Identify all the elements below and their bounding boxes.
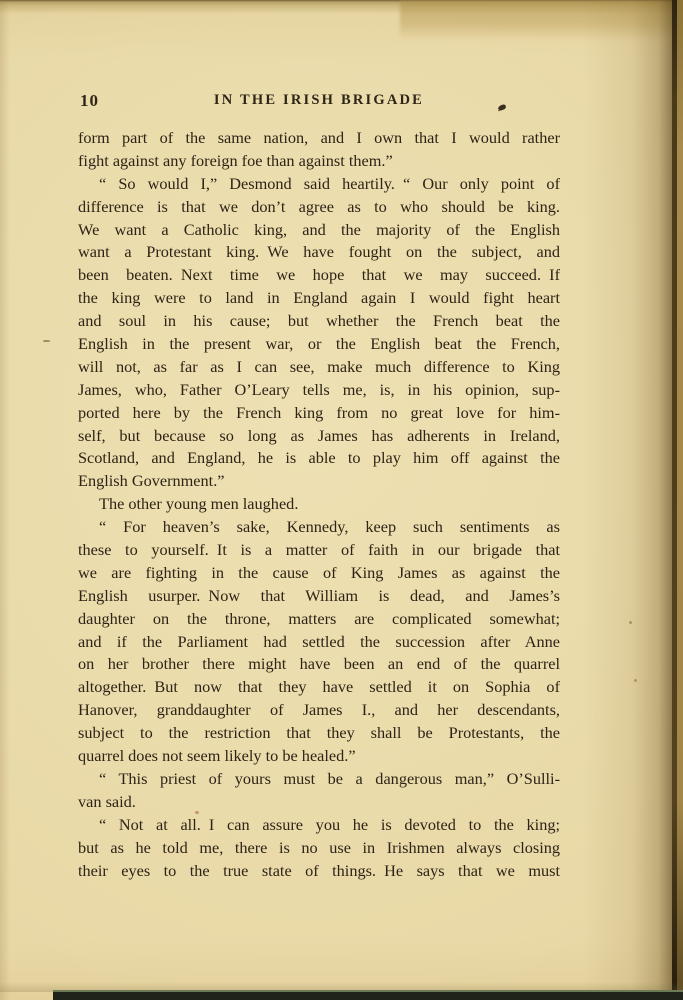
text-line: “ So would I,” Desmond said heartily. “ … [78,173,560,196]
text-line: English in the present war, or the Engli… [78,333,560,356]
page-edge-outer [677,0,683,1000]
text-line: on her brother there might have been an … [78,653,560,676]
text-line: we are fighting in the cause of King Jam… [78,562,560,585]
scan-speck [43,340,50,342]
text-line: will not, as far as I can see, make much… [78,356,560,379]
bottom-scan-edge [53,990,683,1000]
text-line: van said. [78,791,560,814]
page-header: 10 IN THE IRISH BRIGADE [78,91,560,111]
text-line: subject to the restriction that they sha… [78,722,560,745]
text-line: fight against any foreign foe than again… [78,150,560,173]
text-line: English usurper. Now that William is dea… [78,585,560,608]
paragraph: The other young men laughed. [78,493,560,516]
text-line: want a Protestant king. We have fought o… [78,241,560,264]
running-title: IN THE IRISH BRIGADE [78,92,560,109]
page-curve-shadow [582,0,672,1000]
text-line: Hanover, granddaughter of James I., and … [78,699,560,722]
text-line: and soul in his cause; but whether the F… [78,310,560,333]
text-line: self, but because so long as James has a… [78,425,560,448]
text-line: English Government.” [78,470,560,493]
text-line: We want a Catholic king, and the majorit… [78,219,560,242]
text-line: the king were to land in England again I… [78,287,560,310]
text-line: altogether. But now that they have settl… [78,676,560,699]
paragraph: “ For heaven’s sake, Kennedy, keep such … [78,516,560,768]
text-line: “ Not at all. I can assure you he is dev… [78,814,560,837]
book-page: 10 IN THE IRISH BRIGADE form part of the… [0,0,683,1000]
text-block: form part of the same nation, and I own … [78,127,560,882]
text-line: The other young men laughed. [78,493,560,516]
paragraph: “ Not at all. I can assure you he is dev… [78,814,560,883]
text-line: Scotland, and England, he is able to pla… [78,447,560,470]
text-line: form part of the same nation, and I own … [78,127,560,150]
text-line: daughter on the throne, matters are comp… [78,608,560,631]
scan-speck [195,811,199,814]
text-line: ported here by the French king from no g… [78,402,560,425]
text-line: these to yourself. It is a matter of fai… [78,539,560,562]
left-edge-shading [0,0,10,1000]
text-line: quarrel does not seem likely to be heale… [78,745,560,768]
text-line: “ This priest of yours must be a dangero… [78,768,560,791]
text-line: “ For heaven’s sake, Kennedy, keep such … [78,516,560,539]
text-line: difference is that we don’t agree as to … [78,196,560,219]
paragraph: form part of the same nation, and I own … [78,127,560,173]
text-line: been beaten. Next time we hope that we m… [78,264,560,287]
text-line: and if the Parliament had settled the su… [78,631,560,654]
paragraph: “ So would I,” Desmond said heartily. “ … [78,173,560,493]
text-line: their eyes to the true state of things. … [78,860,560,883]
text-line: but as he told me, there is no use in Ir… [78,837,560,860]
text-line: James, who, Father O’Leary tells me, is,… [78,379,560,402]
paragraph: “ This priest of yours must be a dangero… [78,768,560,814]
scan-speck [634,679,637,682]
scan-speck [629,621,632,624]
